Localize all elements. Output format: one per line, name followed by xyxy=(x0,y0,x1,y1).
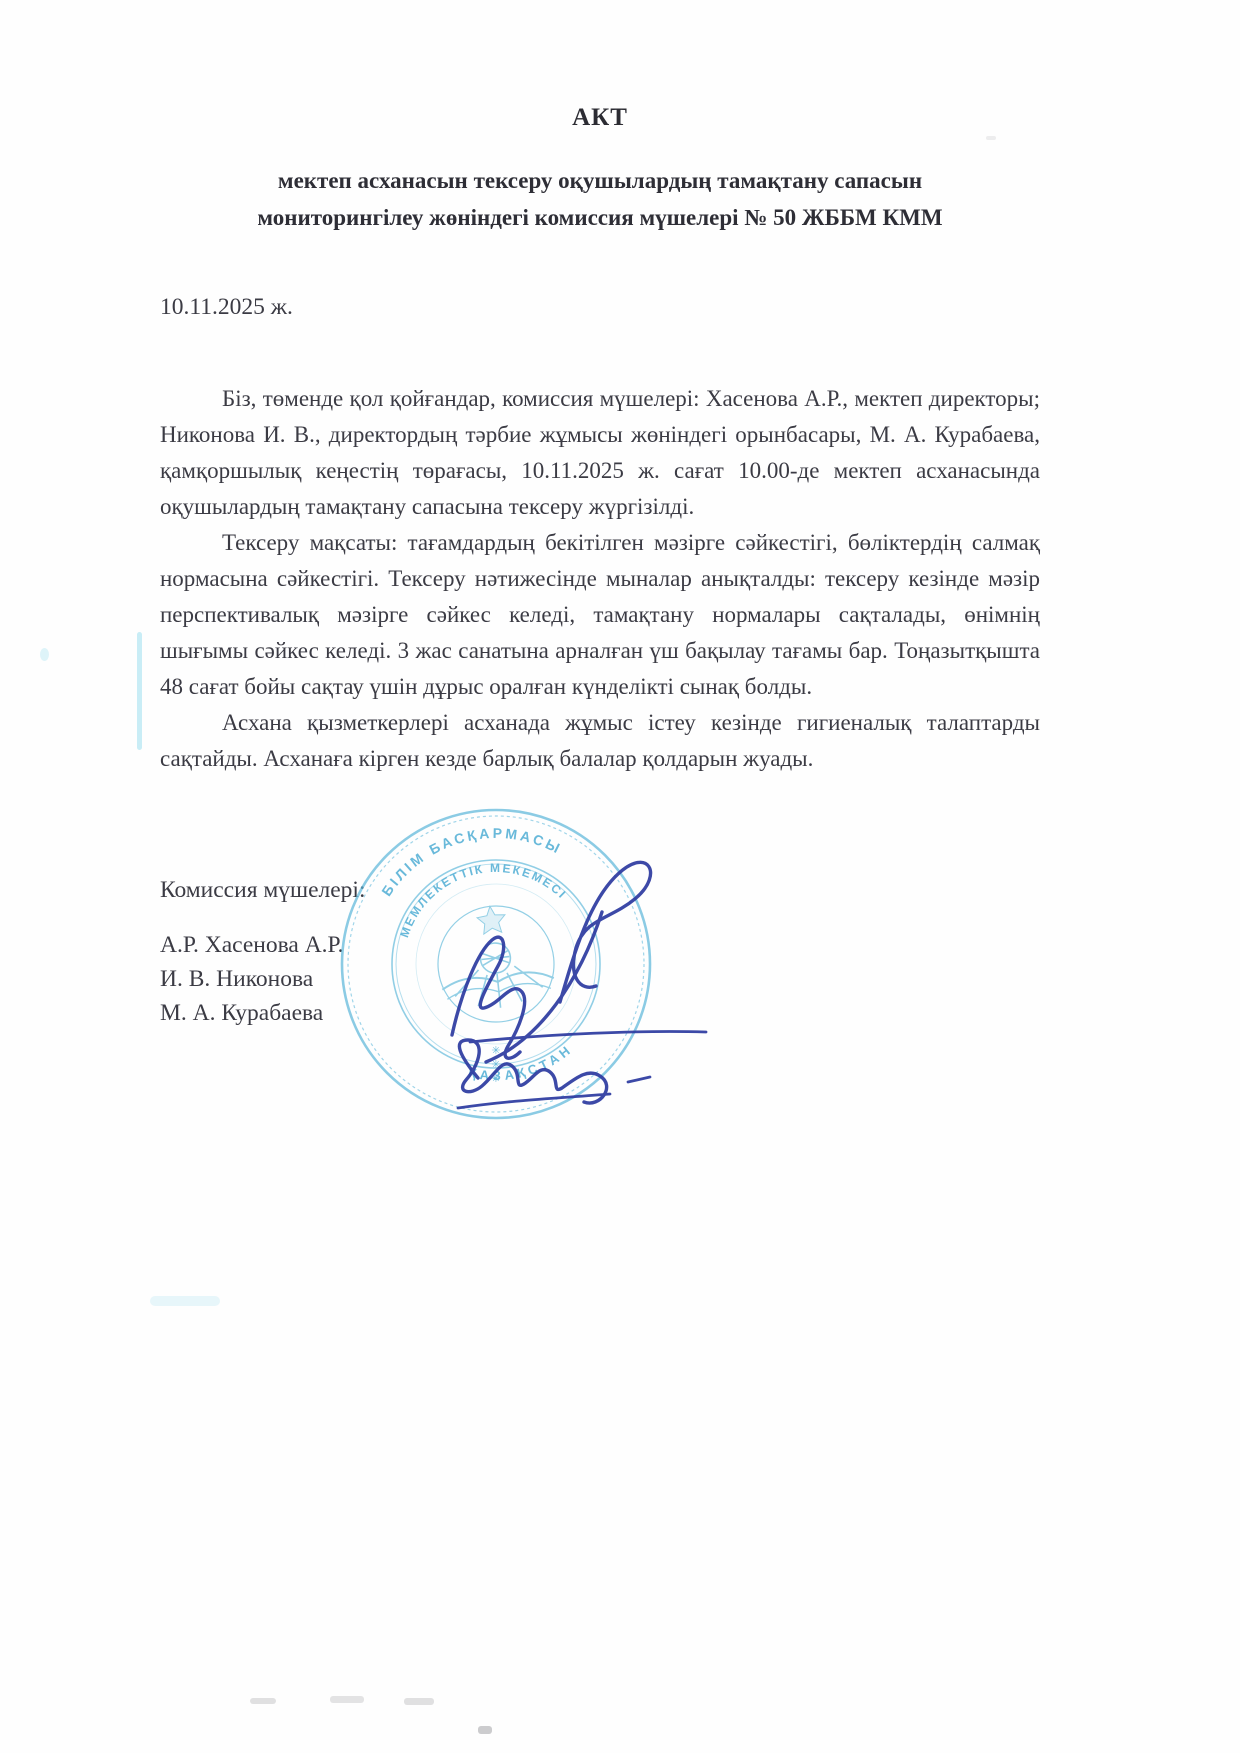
scan-artifact xyxy=(40,648,49,661)
paragraph-introduction: Біз, төменде қол қойғандар, комиссия мүш… xyxy=(160,381,1040,525)
commission-members-list: А.Р. Хасенова А.Р. И. В. Никонова М. А. … xyxy=(160,928,1040,1030)
stamp-ring-text-bottom: ҚАЗАҚСТАН xyxy=(464,1039,579,1093)
signature-kurabayeva xyxy=(459,1040,606,1103)
stamp-star-1: ✳ xyxy=(491,1045,500,1057)
scanned-document-page: АКТ мектеп асханасын тексеру оқушылардың… xyxy=(0,0,1240,1753)
scan-artifact xyxy=(137,632,142,750)
paragraph-hygiene: Асхана қызметкерлері асханада жұмыс істе… xyxy=(160,705,1040,777)
document-date: 10.11.2025 ж. xyxy=(160,294,1040,321)
scan-artifact xyxy=(250,1698,276,1704)
scan-artifact xyxy=(150,1296,220,1306)
stamp-star-3: ✳ xyxy=(491,1073,500,1085)
document-title: АКТ xyxy=(160,104,1040,132)
scan-artifact xyxy=(478,1726,492,1734)
document-subtitle: мектеп асханасын тексеру оқушылардың там… xyxy=(195,162,1005,236)
member-name-nikonova: И. В. Никонова xyxy=(160,962,1040,996)
stamp-star-2: ✳ xyxy=(491,1059,500,1071)
commission-members-label: Комиссия мүшелері: xyxy=(160,877,1040,904)
member-name-khassenova: А.Р. Хасенова А.Р. xyxy=(160,928,1040,962)
paragraph-inspection-results: Тексеру мақсаты: тағамдардың бекітілген … xyxy=(160,525,1040,705)
scan-artifact xyxy=(404,1698,434,1705)
svg-text:ҚАЗАҚСТАН: ҚАЗАҚСТАН xyxy=(464,1039,579,1093)
member-name-kurabayeva: М. А. Курабаева xyxy=(160,996,1040,1030)
scan-artifact xyxy=(986,136,996,140)
scan-artifact xyxy=(330,1696,364,1703)
